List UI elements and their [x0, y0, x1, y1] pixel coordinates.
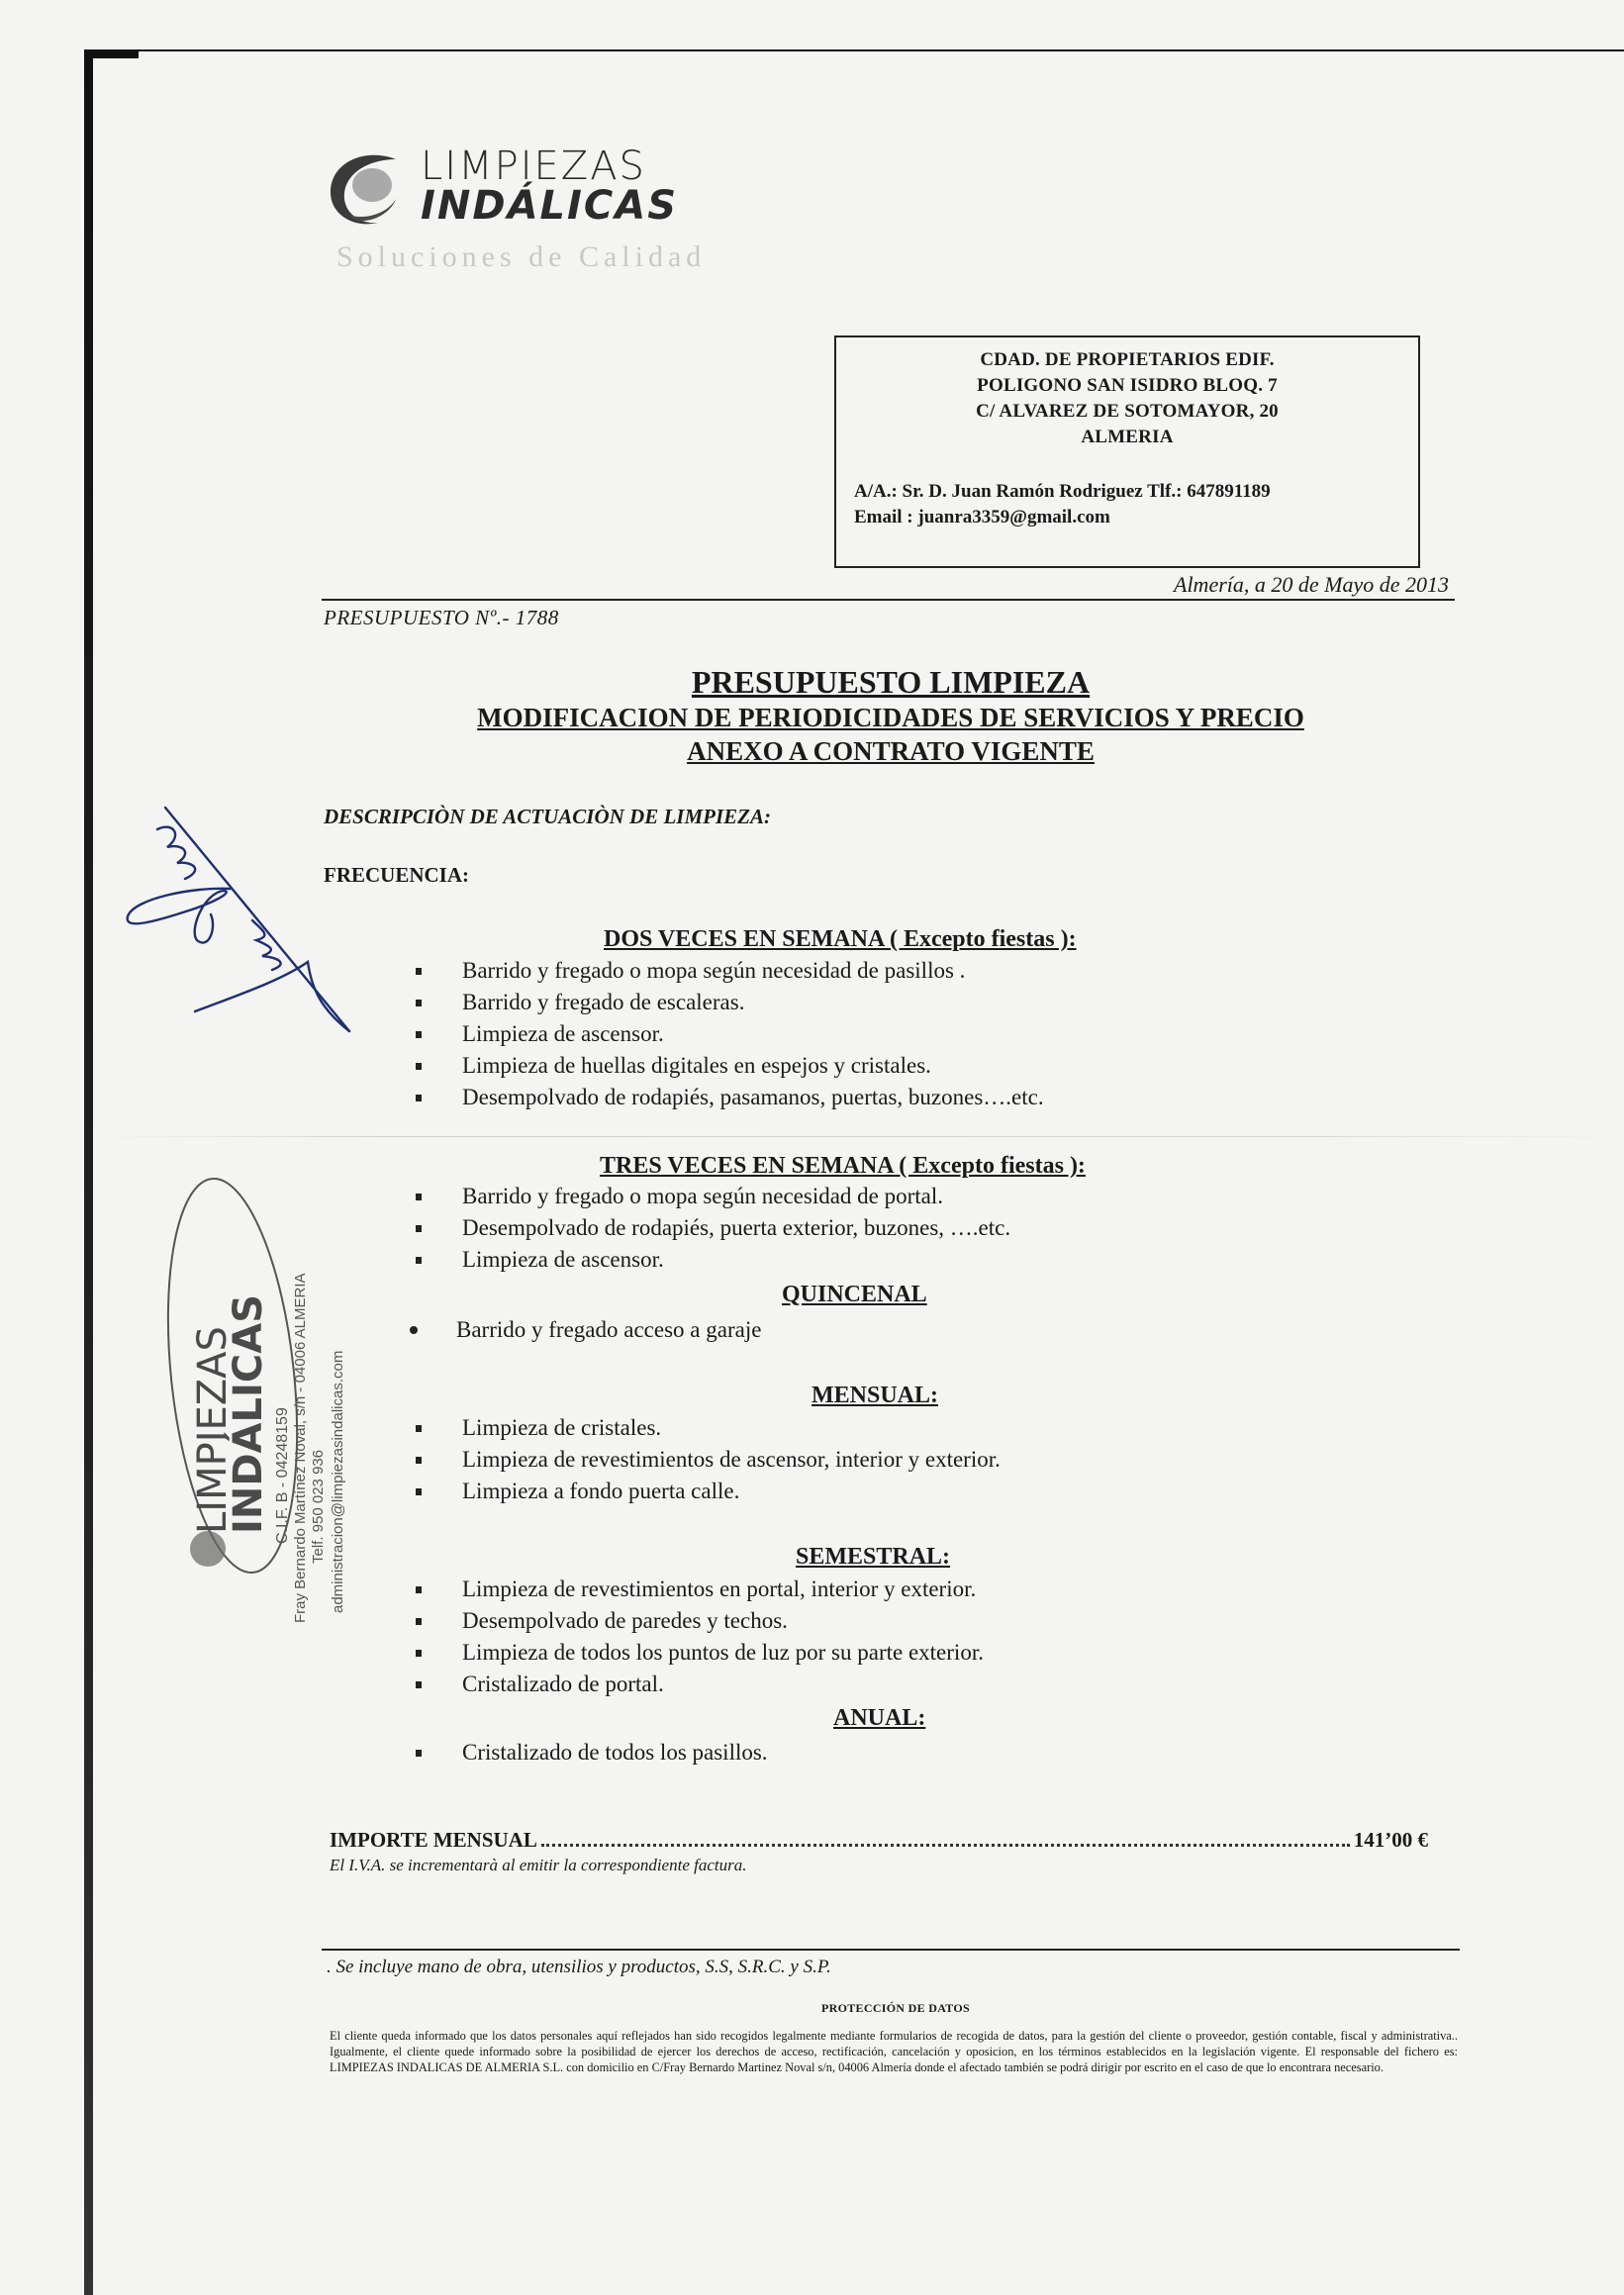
bullet-icon [410, 1326, 418, 1334]
svg-text:C.I.F. B - 04248159: C.I.F. B - 04248159 [274, 1407, 291, 1544]
section-heading-thrice-weekly: TRES VECES EN SEMANA ( Excepto fiestas )… [600, 1153, 1086, 1180]
document-subtitle: MODIFICACION DE PERIODICIDADES DE SERVIC… [327, 701, 1455, 734]
list-item: Limpieza a fondo puerta calle. [416, 1476, 1001, 1507]
bullet-icon [416, 1031, 422, 1038]
privacy-title: PROTECCIÓN DE DATOS [327, 2001, 1465, 2016]
section-list-twice-weekly: Barrido y fregado o mopa según necesidad… [416, 955, 1044, 1113]
document-title-block: PRESUPUESTO LIMPIEZA MODIFICACION DE PER… [327, 663, 1455, 768]
description-heading: DESCRIPCIÒN DE ACTUACIÒN DE LIMPIEZA: [324, 805, 771, 829]
recipient-attention: A/A.: Sr. D. Juan Ramón Rodriguez Tlf.: … [854, 479, 1271, 505]
section-list-monthly: Limpieza de cristales. Limpieza de reves… [416, 1412, 1001, 1507]
list-item: Cristalizado de todos los pasillos. [416, 1737, 768, 1769]
list-item: Limpieza de cristales. [416, 1412, 1001, 1444]
document-title: PRESUPUESTO LIMPIEZA [327, 663, 1455, 701]
bullet-icon [416, 1225, 422, 1232]
section-heading-semiannual: SEMESTRAL: [796, 1544, 950, 1571]
paper-fold-line [94, 1136, 1624, 1137]
list-item: Barrido y fregado o mopa según necesidad… [416, 955, 1044, 987]
list-item: Barrido y fregado acceso a garaje [410, 1314, 761, 1346]
recipient-address-box: CDAD. DE PROPIETARIOS EDIF. POLIGONO SAN… [834, 335, 1420, 568]
logo-tagline: Soluciones de Calidad [336, 240, 706, 274]
company-logo: LIMPIEZAS INDÁLICAS Soluciones de Calida… [327, 143, 722, 282]
bullet-icon [416, 1095, 422, 1101]
section-list-biweekly: Barrido y fregado acceso a garaje [410, 1314, 761, 1346]
header-divider [322, 599, 1455, 601]
list-item: Desempolvado de rodapiés, pasamanos, pue… [416, 1082, 1044, 1113]
bullet-icon [416, 1750, 422, 1757]
section-list-thrice-weekly: Barrido y fregado o mopa según necesidad… [416, 1181, 1010, 1276]
bullet-icon [416, 1000, 422, 1006]
bullet-icon [416, 1257, 422, 1264]
bullet-icon [416, 1194, 422, 1200]
recipient-line: C/ ALVAREZ DE SOTOMAYOR, 20 [836, 399, 1418, 425]
includes-note: . Se incluye mano de obra, utensilios y … [327, 1957, 831, 1978]
logo-text-line2: INDÁLICAS [421, 183, 678, 229]
budget-number: PRESUPUESTO Nº.- 1788 [324, 606, 559, 630]
svg-text:administracion@limpiezasindali: administracion@limpiezasindalicas.com [330, 1351, 346, 1613]
bullet-icon [416, 1681, 422, 1688]
list-item: Limpieza de ascensor. [416, 1018, 1044, 1050]
bullet-icon [416, 1586, 422, 1593]
list-item: Desempolvado de paredes y techos. [416, 1605, 984, 1637]
bullet-icon [416, 1488, 422, 1495]
section-heading-annual: ANUAL: [833, 1705, 925, 1732]
vat-note: El I.V.A. se incrementarà al emitir la c… [330, 1856, 746, 1875]
recipient-email: Email : juanra3359@gmail.com [854, 505, 1271, 530]
svg-text:INDÁLICAS: INDÁLICAS [224, 1294, 271, 1534]
section-list-annual: Cristalizado de todos los pasillos. [416, 1737, 768, 1769]
leader-dots [541, 1844, 1350, 1847]
recipient-line: CDAD. DE PROPIETARIOS EDIF. [836, 347, 1418, 373]
list-item: Limpieza de ascensor. [416, 1244, 1010, 1276]
recipient-line: ALMERIA [836, 425, 1418, 450]
company-stamp: LIMPIEZAS INDÁLICAS C.I.F. B - 04248159 … [148, 1148, 386, 1682]
svg-text:Fray Bernardo Martínez Noval,: Fray Bernardo Martínez Noval, s/n - 0400… [292, 1274, 309, 1624]
recipient-line: POLIGONO SAN ISIDRO BLOQ. 7 [836, 373, 1418, 399]
signature-icon [114, 792, 371, 1049]
bullet-icon [416, 1618, 422, 1625]
list-item: Limpieza de huellas digitales en espejos… [416, 1050, 1044, 1082]
section-heading-biweekly: QUINCENAL [782, 1282, 927, 1308]
total-amount: 141’00 € [1354, 1828, 1428, 1853]
section-heading-twice-weekly: DOS VECES EN SEMANA ( Excepto fiestas ): [604, 926, 1077, 953]
section-heading-monthly: MENSUAL: [812, 1383, 938, 1409]
total-label: IMPORTE MENSUAL [330, 1828, 537, 1853]
list-item: Barrido y fregado o mopa según necesidad… [416, 1181, 1010, 1212]
section-list-semiannual: Limpieza de revestimientos en portal, in… [416, 1574, 984, 1700]
list-item: Cristalizado de portal. [416, 1669, 984, 1700]
bullet-icon [416, 1063, 422, 1070]
privacy-text: El cliente queda informado que los datos… [330, 2028, 1458, 2075]
svg-text:Telf. 950 023 936: Telf. 950 023 936 [310, 1450, 327, 1564]
stamp-oval-icon: LIMPIEZAS INDÁLICAS C.I.F. B - 04248159 … [148, 1148, 386, 1682]
list-item: Limpieza de todos los puntos de luz por … [416, 1637, 984, 1669]
monthly-total-row: IMPORTE MENSUAL 141’00 € [330, 1828, 1428, 1853]
bullet-icon [416, 1425, 422, 1432]
bullet-icon [416, 1457, 422, 1464]
document-date: Almería, a 20 de Mayo de 2013 [1174, 572, 1449, 598]
logo-swirl-icon [327, 149, 416, 229]
document-subtitle: ANEXO A CONTRATO VIGENTE [327, 734, 1455, 768]
list-item: Limpieza de revestimientos en portal, in… [416, 1574, 984, 1605]
page-border-left [84, 49, 93, 2295]
list-item: Desempolvado de rodapiés, puerta exterio… [416, 1212, 1010, 1244]
list-item: Barrido y fregado de escaleras. [416, 987, 1044, 1018]
page-border-top [84, 49, 1624, 51]
bullet-icon [416, 968, 422, 975]
footer-divider [322, 1949, 1460, 1951]
bullet-icon [416, 1650, 422, 1657]
list-item: Limpieza de revestimientos de ascensor, … [416, 1444, 1001, 1476]
